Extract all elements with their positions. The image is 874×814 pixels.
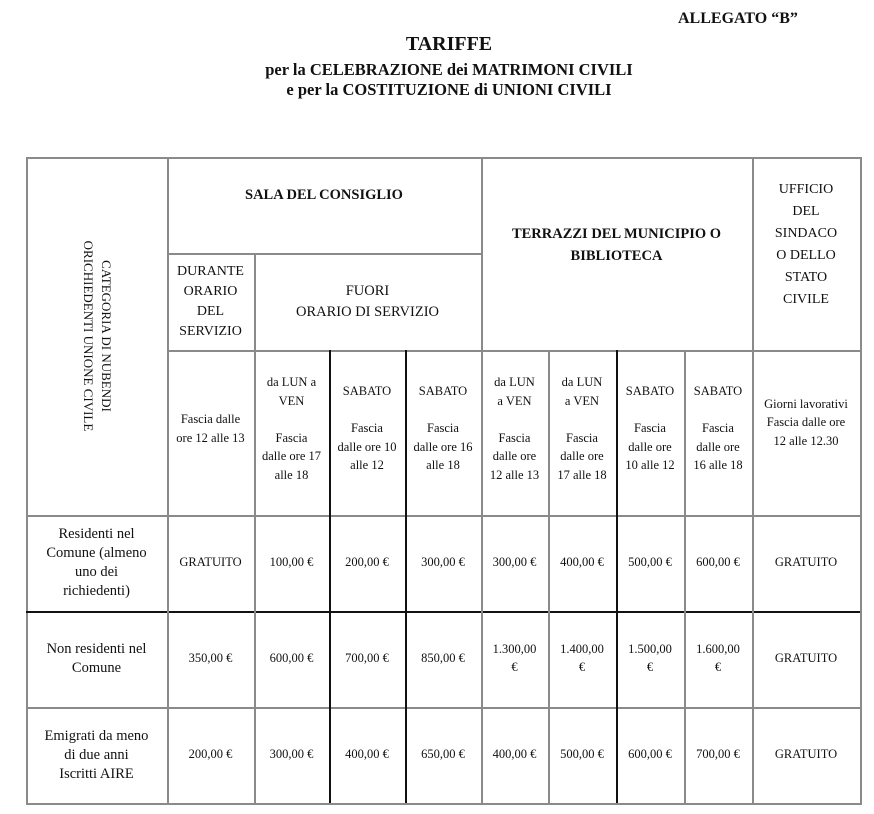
column-header: SABATO Fascia dalle ore 10 alle 12 [329, 350, 405, 515]
table-cell-value: 600,00 € [684, 515, 752, 611]
table-border [329, 350, 331, 803]
table-cell-value: 400,00 € [548, 515, 616, 611]
table-border [26, 611, 860, 613]
document-subtitle-line-2: e per la COSTITUZIONE di UNIONI CIVILI [0, 80, 874, 100]
column-header: SABATO Fascia dalle ore 16 alle 18 [684, 350, 752, 515]
table-cell-value: GRATUITO [752, 707, 860, 803]
table-cell-value: GRATUITO [752, 611, 860, 707]
document-subtitle-line-1: per la CELEBRAZIONE dei MATRIMONI CIVILI [0, 60, 874, 80]
column-header: Giorni lavorativi Fascia dalle ore 12 al… [752, 350, 860, 515]
table-cell-value: 300,00 € [481, 515, 548, 611]
table-border [167, 350, 860, 352]
group-header-sala-del-consiglio: SALA DEL CONSIGLIO [167, 157, 481, 253]
table-cell-value: 400,00 € [481, 707, 548, 803]
table-cell-value: 400,00 € [329, 707, 405, 803]
table-border [26, 515, 860, 517]
table-cell-value: 1.300,00 € [481, 611, 548, 707]
column-header: da LUN a VEN Fascia dalle ore 17 alle 18 [254, 350, 329, 515]
table-cell-value: 200,00 € [329, 515, 405, 611]
allegato-label: ALLEGATO “B” [678, 10, 798, 28]
table-cell-value: 600,00 € [616, 707, 684, 803]
row-category: Residenti nel Comune (almeno uno dei ric… [26, 515, 167, 611]
table-border [26, 157, 862, 159]
table-cell-value: 600,00 € [254, 611, 329, 707]
group-header-terrazzi: TERRAZZI DEL MUNICIPIO O BIBLIOTECA [481, 157, 752, 350]
table-border [752, 157, 754, 803]
table-cell-value: 1.400,00 € [548, 611, 616, 707]
row-category: Non residenti nel Comune [26, 611, 167, 707]
table-cell-value: 500,00 € [616, 515, 684, 611]
table-border [684, 350, 686, 803]
table-cell-value: 100,00 € [254, 515, 329, 611]
table-cell-value: GRATUITO [167, 515, 254, 611]
table-border [254, 253, 256, 803]
table-cell-value: 650,00 € [405, 707, 481, 803]
column-header: SABATO Fascia dalle ore 10 alle 12 [616, 350, 684, 515]
table-border [167, 157, 169, 803]
category-header: CATEGORIA DI NUBENDI ORICHIEDENTI UNIONE… [79, 206, 115, 466]
table-border [26, 803, 862, 805]
document-title: TARIFFE [0, 33, 874, 56]
table-cell-value: 300,00 € [405, 515, 481, 611]
table-cell-value: 1.500,00 € [616, 611, 684, 707]
subgroup-header-fuori: FUORI ORARIO DI SERVIZIO [254, 253, 481, 350]
table-cell-value: 200,00 € [167, 707, 254, 803]
table-cell-value: 1.600,00 € [684, 611, 752, 707]
table-border [26, 707, 860, 709]
category-header-cell: CATEGORIA DI NUBENDI ORICHIEDENTI UNIONE… [26, 157, 167, 515]
table-cell-value: GRATUITO [752, 515, 860, 611]
table-cell-value: 300,00 € [254, 707, 329, 803]
subgroup-header-durante: DURANTE ORARIO DEL SERVIZIO [167, 253, 254, 350]
table-border [481, 157, 483, 803]
group-header-ufficio: UFFICIO DEL SINDACO O DELLO STATO CIVILE [752, 157, 860, 350]
table-cell-value: 850,00 € [405, 611, 481, 707]
column-header: da LUN a VEN Fascia dalle ore 17 alle 18 [548, 350, 616, 515]
table-border [405, 350, 407, 803]
row-category: Emigrati da meno di due anni Iscritti AI… [26, 707, 167, 803]
table-cell-value: 500,00 € [548, 707, 616, 803]
table-cell-value: 350,00 € [167, 611, 254, 707]
table-border [548, 350, 550, 803]
table-border [616, 350, 618, 803]
table-border [167, 253, 481, 255]
column-header: da LUN a VEN Fascia dalle ore 12 alle 13 [481, 350, 548, 515]
column-header: SABATO Fascia dalle ore 16 alle 18 [405, 350, 481, 515]
table-cell-value: 700,00 € [329, 611, 405, 707]
table-cell-value: 700,00 € [684, 707, 752, 803]
table-border [860, 157, 862, 805]
column-header: Fascia dalle ore 12 alle 13 [167, 350, 254, 515]
